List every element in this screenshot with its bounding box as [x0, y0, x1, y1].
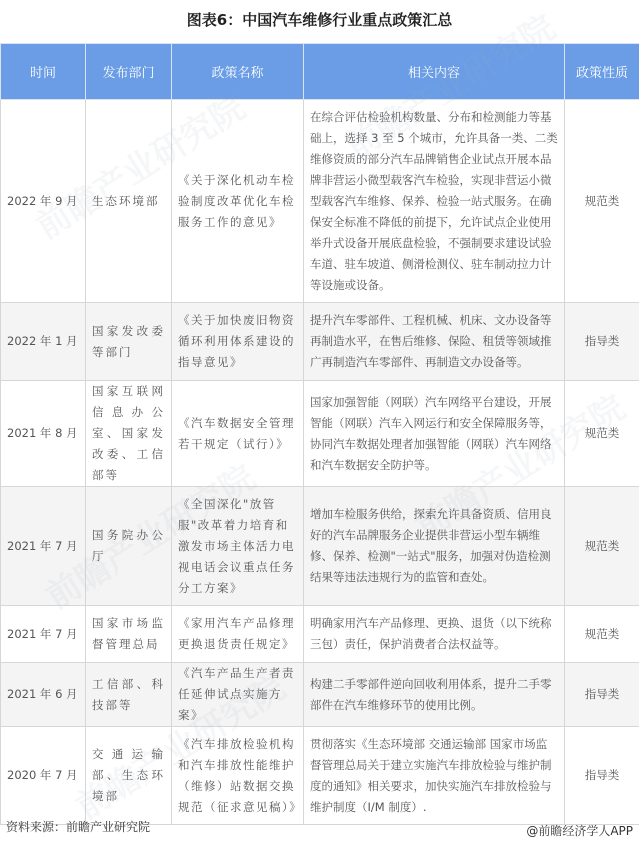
cell-dept: 交通运输部、生态环境部 — [86, 727, 172, 825]
cell-time: 2020 年 7 月 — [1, 727, 86, 825]
header-time: 时间 — [1, 44, 86, 100]
cell-dept: 国务院办公厅 — [86, 487, 172, 606]
cell-time: 2021 年 7 月 — [1, 606, 86, 663]
chart-title: 图表6：中国汽车维修行业重点政策汇总 — [0, 0, 639, 43]
cell-content: 构建二手零部件逆向回收利用体系，提升二手零部件在汽车维修环节的使用比例。 — [304, 663, 565, 727]
cell-time: 2021 年 7 月 — [1, 487, 86, 606]
cell-content: 国家加强智能（网联）汽车网络平台建设，开展智能（网联）汽车入网运行和安全保障服务… — [304, 381, 565, 487]
policy-table: 时间 发布部门 政策名称 相关内容 政策性质 2022 年 9 月 生态环境部 … — [0, 43, 639, 825]
header-name: 政策名称 — [172, 44, 304, 100]
cell-policy-type: 指导类 — [565, 303, 639, 381]
cell-policy-name: 《汽车数据安全管理若干规定（试行）》 — [172, 381, 304, 487]
table-row: 2021 年 6 月 工信部、科技部等 《汽车产品生产者责任延伸试点实施方案》 … — [1, 663, 639, 727]
cell-dept: 国家发改委等部门 — [86, 303, 172, 381]
table-row: 2021 年 7 月 国家市场监督管理总局 《家用汽车产品修理更换退货责任规定》… — [1, 606, 639, 663]
cell-time: 2021 年 8 月 — [1, 381, 86, 487]
cell-policy-type: 指导类 — [565, 727, 639, 825]
cell-policy-type: 规范类 — [565, 606, 639, 663]
credit-note: @前瞻经济学人APP — [526, 822, 633, 839]
cell-dept: 生态环境部 — [86, 100, 172, 303]
cell-policy-type: 规范类 — [565, 100, 639, 303]
header-content: 相关内容 — [304, 44, 565, 100]
table-row: 2020 年 7 月 交通运输部、生态环境部 《汽车排放检验机构和汽车排放性能维… — [1, 727, 639, 825]
table-header-row: 时间 发布部门 政策名称 相关内容 政策性质 — [1, 44, 639, 100]
cell-content: 在综合评估检验机构数量、分布和检测能力等基础上，选择 3 至 5 个城市，允许具… — [304, 100, 565, 303]
cell-time: 2021 年 6 月 — [1, 663, 86, 727]
cell-policy-name: 《关于加快废旧物资循环利用体系建设的指导意见》 — [172, 303, 304, 381]
cell-policy-name: 《汽车排放检验机构和汽车排放性能维护（维修）站数据交换规范（征求意见稿）》 — [172, 727, 304, 825]
cell-policy-name: 《汽车产品生产者责任延伸试点实施方案》 — [172, 663, 304, 727]
cell-dept: 工信部、科技部等 — [86, 663, 172, 727]
cell-policy-name: 《关于深化机动车检验制度改革优化车检服务工作的意见》 — [172, 100, 304, 303]
cell-content: 增加车检服务供给，探索允许具备资质、信用良好的汽车品牌服务企业提供非营运小型车辆… — [304, 487, 565, 606]
table-row: 2021 年 7 月 国务院办公厅 《全国深化"放管服"改革着力培育和激发市场主… — [1, 487, 639, 606]
cell-content: 明确家用汽车产品修理、更换、退货（以下统称三包）责任，保护消费者合法权益等。 — [304, 606, 565, 663]
header-dept: 发布部门 — [86, 44, 172, 100]
cell-policy-type: 规范类 — [565, 381, 639, 487]
header-type: 政策性质 — [565, 44, 639, 100]
cell-dept: 国家互联网信息办公室、国家发改委、工信部等 — [86, 381, 172, 487]
cell-dept: 国家市场监督管理总局 — [86, 606, 172, 663]
table-row: 2021 年 8 月 国家互联网信息办公室、国家发改委、工信部等 《汽车数据安全… — [1, 381, 639, 487]
cell-policy-type: 规范类 — [565, 487, 639, 606]
cell-content: 提升汽车零部件、工程机械、机床、文办设备等再制造水平，在售后维修、保险、租赁等领… — [304, 303, 565, 381]
table-row: 2022 年 9 月 生态环境部 《关于深化机动车检验制度改革优化车检服务工作的… — [1, 100, 639, 303]
cell-time: 2022 年 9 月 — [1, 100, 86, 303]
cell-policy-name: 《全国深化"放管服"改革着力培育和激发市场主体活力电视电话会议重点任务分工方案》 — [172, 487, 304, 606]
source-note: 资料来源：前瞻产业研究院 — [6, 818, 150, 835]
cell-content: 贯彻落实《生态环境部 交通运输部 国家市场监督管理总局关于建立实施汽车排放检验与… — [304, 727, 565, 825]
cell-policy-type: 指导类 — [565, 663, 639, 727]
table-row: 2022 年 1 月 国家发改委等部门 《关于加快废旧物资循环利用体系建设的指导… — [1, 303, 639, 381]
cell-time: 2022 年 1 月 — [1, 303, 86, 381]
cell-policy-name: 《家用汽车产品修理更换退货责任规定》 — [172, 606, 304, 663]
